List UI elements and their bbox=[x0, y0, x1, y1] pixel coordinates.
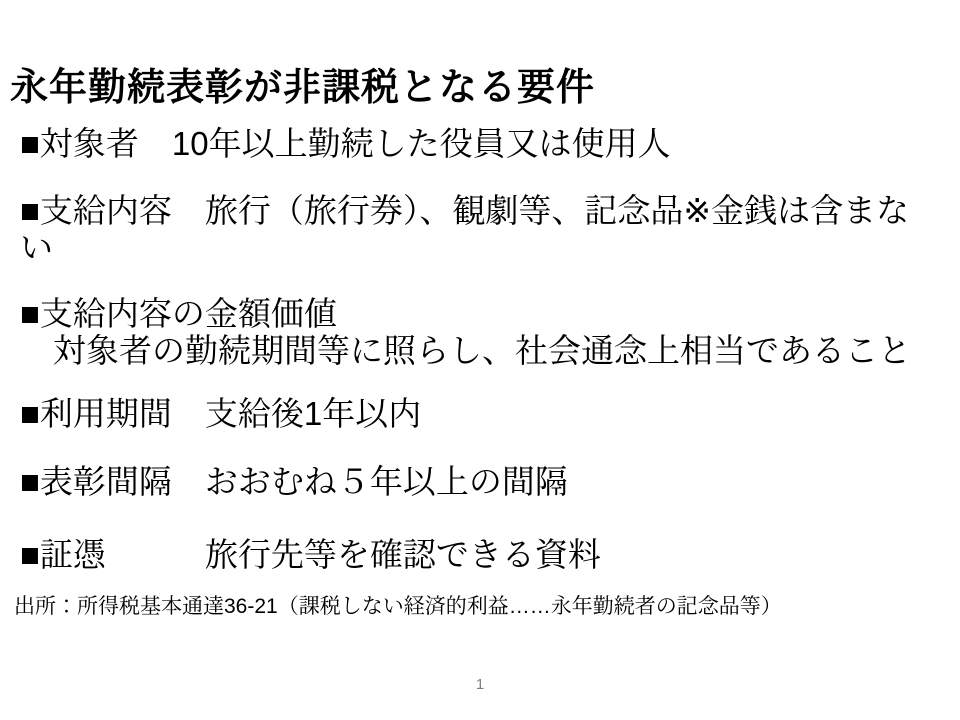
bullet-target-persons: ■対象者 10年以上勤続した役員又は使用人 bbox=[20, 125, 671, 162]
page-number: 1 bbox=[0, 676, 960, 693]
slide-title: 永年勤続表彰が非課税となる要件 bbox=[10, 56, 595, 111]
source-citation: 出所：所得税基本通達36-21（課税しない経済的利益……永年勤続者の記念品等） bbox=[14, 594, 782, 619]
bullet-award-interval: ■表彰間隔 おおむね５年以上の間隔 bbox=[20, 463, 568, 500]
bullet-monetary-value: ■支給内容の金額価値 対象者の勤続期間等に照らし、社会通念上相当であること bbox=[20, 295, 911, 369]
slide-canvas: 永年勤続表彰が非課税となる要件 ■対象者 10年以上勤続した役員又は使用人 ■支… bbox=[0, 0, 960, 720]
bullet-usage-period: ■利用期間 支給後1年以内 bbox=[20, 395, 421, 432]
bullet-benefit-contents: ■支給内容 旅行（旅行券）、観劇等、記念品※金銭は含まな い bbox=[20, 192, 909, 266]
bullet-evidence-documents: ■証憑 旅行先等を確認できる資料 bbox=[20, 536, 601, 573]
